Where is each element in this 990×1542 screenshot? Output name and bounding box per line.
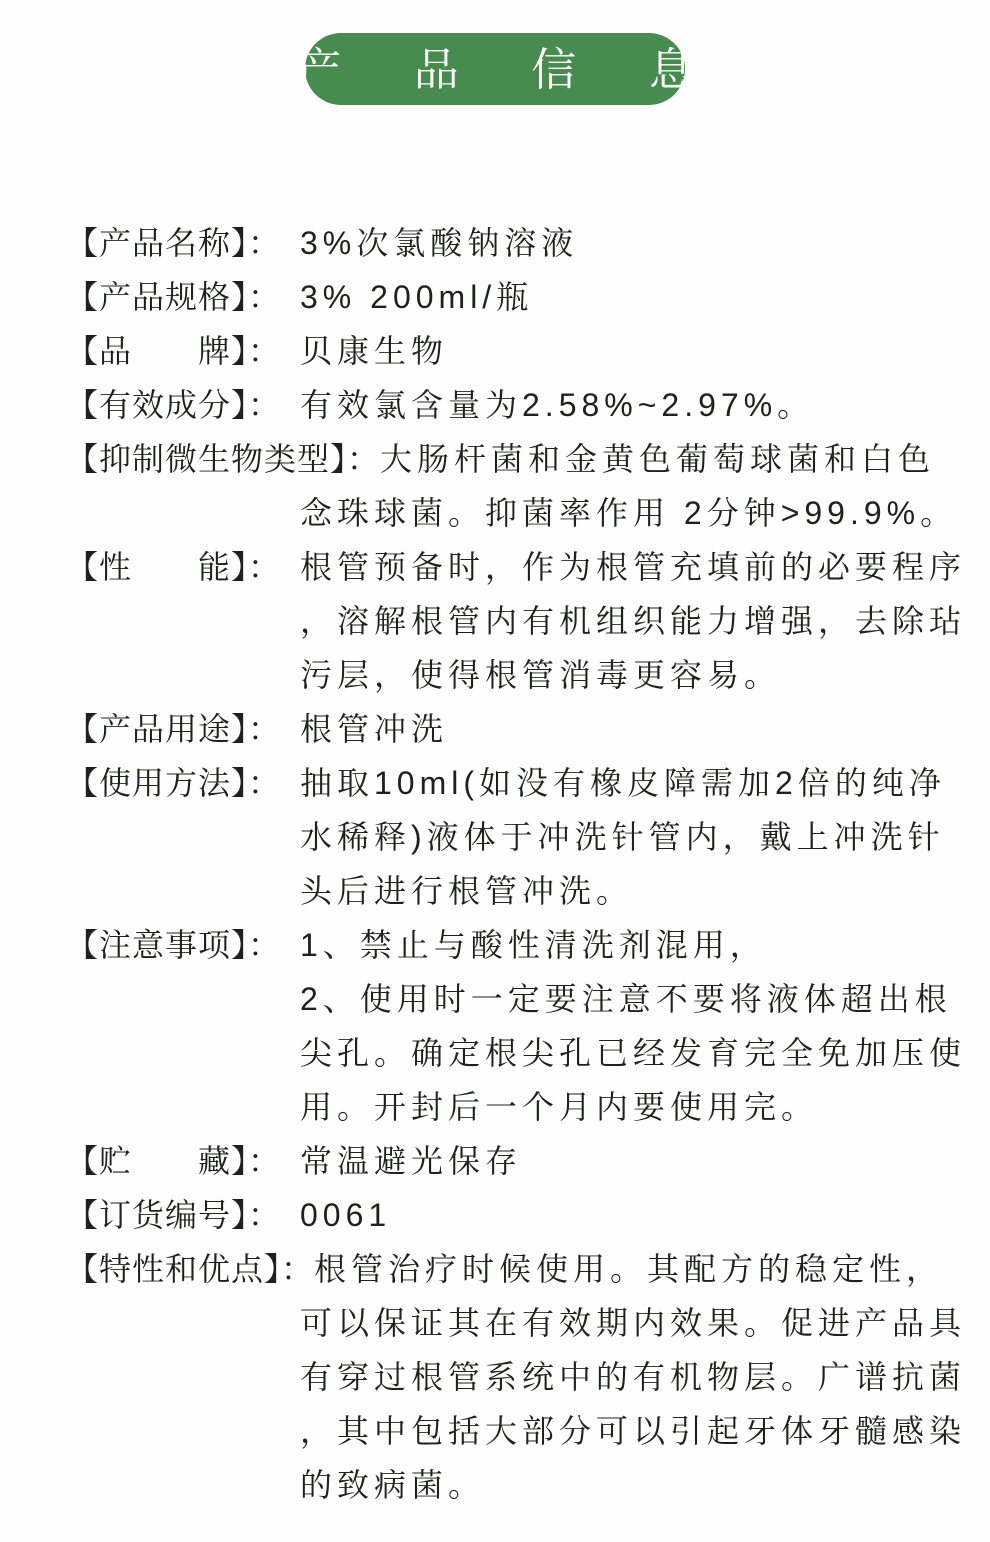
field-label: 【订货编号】：	[66, 1188, 300, 1242]
info-row-first-line: 【品 牌】：贝康生物	[66, 324, 970, 378]
info-row: 【产品用途】：根管冲洗	[66, 702, 970, 756]
field-label: 【特性和优点】：	[66, 1242, 314, 1296]
info-row-first-line: 【抑制微生物类型】：大肠杆菌和金黄色葡萄球菌和白色	[66, 432, 970, 486]
info-row-first-line: 【产品规格】：3% 200ml/瓶	[66, 270, 970, 324]
field-value-line: 0061	[300, 1197, 391, 1233]
product-info-page: 产 品 信 息 【产品名称】：3%次氯酸钠溶液【产品规格】：3% 200ml/瓶…	[0, 0, 990, 1542]
field-value-line: 有效氯含量为2.58%~2.97%。	[300, 387, 814, 423]
field-value-line: 尖孔。确定根尖孔已经发育完全免加压使	[66, 1026, 970, 1080]
info-row: 【产品规格】：3% 200ml/瓶	[66, 270, 970, 324]
field-value-line: ，其中包括大部分可以引起牙体牙髓感染	[66, 1404, 970, 1458]
field-label: 【抑制微生物类型】：	[66, 432, 380, 486]
field-value-line: 根管治疗时候使用。其配方的稳定性，	[314, 1251, 943, 1287]
field-value-line: 贝康生物	[300, 333, 448, 369]
field-label: 【注意事项】：	[66, 918, 300, 972]
field-value-line: 1、禁止与酸性清洗剂混用，	[300, 927, 767, 963]
info-row-first-line: 【产品用途】：根管冲洗	[66, 702, 970, 756]
field-label: 【贮 藏】：	[66, 1134, 300, 1188]
info-row: 【订货编号】：0061	[66, 1188, 970, 1242]
field-value-line: 的致病菌。	[66, 1458, 970, 1512]
info-row-first-line: 【贮 藏】：常温避光保存	[66, 1134, 970, 1188]
info-row: 【使用方法】：抽取10ml(如没有橡皮障需加2倍的纯净水稀释)液体于冲洗针管内，…	[66, 756, 970, 918]
page-title-banner: 产 品 信 息	[305, 33, 685, 105]
field-value-line: 污层，使得根管消毒更容易。	[66, 648, 970, 702]
field-label: 【产品规格】：	[66, 270, 300, 324]
info-list: 【产品名称】：3%次氯酸钠溶液【产品规格】：3% 200ml/瓶【品 牌】：贝康…	[0, 216, 990, 1512]
info-row: 【特性和优点】：根管治疗时候使用。其配方的稳定性，可以保证其在有效期内效果。促进…	[66, 1242, 970, 1512]
field-label: 【性 能】：	[66, 540, 300, 594]
info-row: 【产品名称】：3%次氯酸钠溶液	[66, 216, 970, 270]
field-value-line: 常温避光保存	[300, 1143, 522, 1179]
page-title: 产 品 信 息	[296, 47, 724, 92]
field-label: 【品 牌】：	[66, 324, 300, 378]
field-value-line: 头后进行根管冲洗。	[66, 864, 970, 918]
field-label: 【有效成分】：	[66, 378, 300, 432]
field-label: 【使用方法】：	[66, 756, 300, 810]
field-value-line: 根管预备时，作为根管充填前的必要程序	[300, 549, 966, 585]
field-value-line: 根管冲洗	[300, 711, 448, 747]
field-value-line: 水稀释)液体于冲洗针管内，戴上冲洗针	[66, 810, 970, 864]
field-value-line: 念珠球菌。抑菌率作用 2分钟>99.9%。	[66, 486, 970, 540]
field-value-line: 大肠杆菌和金黄色葡萄球菌和白色	[380, 441, 935, 477]
field-value-line: 2、使用时一定要注意不要将液体超出根	[66, 972, 970, 1026]
info-row: 【抑制微生物类型】：大肠杆菌和金黄色葡萄球菌和白色念珠球菌。抑菌率作用 2分钟>…	[66, 432, 970, 540]
field-value-line: 用。开封后一个月内要使用完。	[66, 1080, 970, 1134]
info-row: 【品 牌】：贝康生物	[66, 324, 970, 378]
info-row-first-line: 【性 能】：根管预备时，作为根管充填前的必要程序	[66, 540, 970, 594]
field-label: 【产品用途】：	[66, 702, 300, 756]
info-row-first-line: 【注意事项】：1、禁止与酸性清洗剂混用，	[66, 918, 970, 972]
info-row: 【性 能】：根管预备时，作为根管充填前的必要程序，溶解根管内有机组织能力增强，去…	[66, 540, 970, 702]
info-row: 【贮 藏】：常温避光保存	[66, 1134, 970, 1188]
info-row-first-line: 【特性和优点】：根管治疗时候使用。其配方的稳定性，	[66, 1242, 970, 1296]
field-value-line: 3% 200ml/瓶	[300, 279, 533, 315]
field-value-line: 抽取10ml(如没有橡皮障需加2倍的纯净	[300, 765, 946, 801]
field-label: 【产品名称】：	[66, 216, 300, 270]
info-row-first-line: 【有效成分】：有效氯含量为2.58%~2.97%。	[66, 378, 970, 432]
field-value-line: ，溶解根管内有机组织能力增强，去除玷	[66, 594, 970, 648]
field-value-line: 可以保证其在有效期内效果。促进产品具	[66, 1296, 970, 1350]
info-row: 【有效成分】：有效氯含量为2.58%~2.97%。	[66, 378, 970, 432]
field-value-line: 有穿过根管系统中的有机物层。广谱抗菌	[66, 1350, 970, 1404]
info-row-first-line: 【使用方法】：抽取10ml(如没有橡皮障需加2倍的纯净	[66, 756, 970, 810]
field-value-line: 3%次氯酸钠溶液	[300, 225, 578, 261]
info-row-first-line: 【产品名称】：3%次氯酸钠溶液	[66, 216, 970, 270]
info-row: 【注意事项】：1、禁止与酸性清洗剂混用，2、使用时一定要注意不要将液体超出根尖孔…	[66, 918, 970, 1134]
info-row-first-line: 【订货编号】：0061	[66, 1188, 970, 1242]
